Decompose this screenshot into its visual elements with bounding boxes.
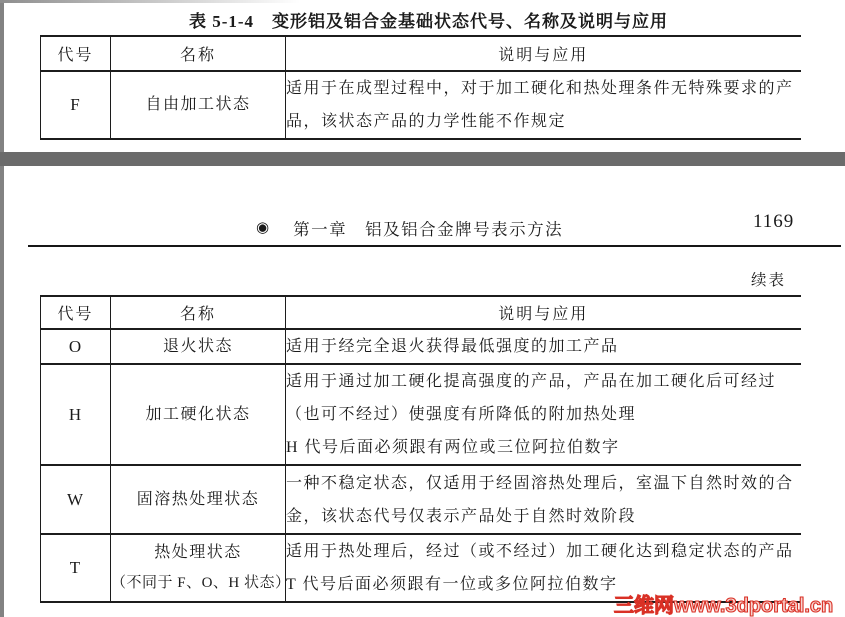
name-cell-F: 自由加工状态 (111, 71, 286, 139)
desc-cell-H: 适用于通过加工硬化提高强度的产品，产品在加工硬化后可经过 （也可不经过）使强度有… (286, 364, 801, 465)
scan-left-edge (0, 0, 4, 617)
column-header-code: 代号 (41, 296, 111, 329)
code-cell-O: O (41, 329, 111, 364)
code-cell-H: H (41, 364, 111, 465)
chapter-title: 第一章 铝及铝合金牌号表示方法 (293, 216, 563, 240)
desc-cell-W: 一种不稳定状态，仅适用于经固溶热处理后，室温下自然时效的合 金，该状态代号仅表示… (286, 465, 801, 534)
desc-line: 适用于热处理后，经过（或不经过）加工硬化达到稳定状态的产品 (286, 535, 801, 568)
name-cell-T: 热处理状态 （不同于 F、O、H 状态） (111, 534, 286, 602)
desc-cell-O: 适用于经完全退火获得最低强度的加工产品 (286, 329, 801, 364)
column-header-description: 说明与应用 (286, 36, 801, 71)
running-header-rule (28, 245, 841, 247)
chapter-bullet-icon: ◉ (256, 221, 269, 236)
desc-line: 适用于在成型过程中，对于加工硬化和热处理条件无特殊要求的产 (286, 72, 801, 105)
code-cell-F: F (41, 71, 111, 139)
table-row-O: O 退火状态 适用于经完全退火获得最低强度的加工产品 (41, 329, 801, 364)
name-line: 自由加工状态 (111, 90, 285, 120)
table-row-H: H 加工硬化状态 适用于通过加工硬化提高强度的产品，产品在加工硬化后可经过 （也… (41, 364, 801, 465)
name-line: 加工硬化状态 (111, 400, 285, 430)
column-header-code: 代号 (41, 36, 111, 71)
desc-line: 一种不稳定状态，仅适用于经固溶热处理后，室温下自然时效的合 (286, 467, 801, 500)
name-cell-W: 固溶热处理状态 (111, 465, 286, 534)
desc-line: H 代号后面必须跟有两位或三位阿拉伯数字 (286, 431, 801, 464)
scan-top-edge (0, 0, 300, 3)
column-header-name: 名称 (111, 296, 286, 329)
table-header-row: 代号 名称 说明与应用 (41, 296, 801, 329)
table-row-F: F 自由加工状态 适用于在成型过程中，对于加工硬化和热处理条件无特殊要求的产 品… (41, 71, 801, 139)
chapter-running-header: ◉ 第一章 铝及铝合金牌号表示方法 (256, 216, 563, 240)
name-line: 热处理状态 (111, 538, 285, 568)
scanned-book-page: 表 5-1-4 变形铝及铝合金基础状态代号、名称及说明与应用 代号 名称 说明与… (0, 0, 845, 617)
column-header-description: 说明与应用 (286, 296, 801, 329)
page-break-divider (0, 152, 845, 166)
desc-cell-F: 适用于在成型过程中，对于加工硬化和热处理条件无特殊要求的产 品，该状态产品的力学… (286, 71, 801, 139)
name-cell-H: 加工硬化状态 (111, 364, 286, 465)
code-cell-W: W (41, 465, 111, 534)
state-codes-table-top: 代号 名称 说明与应用 F 自由加工状态 适用于在成型过程中，对于加工硬化和热处… (40, 35, 801, 140)
page-number: 1169 (753, 211, 794, 233)
desc-line: 适用于通过加工硬化提高强度的产品，产品在加工硬化后可经过 (286, 365, 801, 398)
continued-table-label: 续表 (751, 268, 786, 290)
desc-line: 适用于经完全退火获得最低强度的加工产品 (286, 330, 801, 363)
table-row-W: W 固溶热处理状态 一种不稳定状态，仅适用于经固溶热处理后，室温下自然时效的合 … (41, 465, 801, 534)
name-cell-O: 退火状态 (111, 329, 286, 364)
name-line: （不同于 F、O、H 状态） (111, 568, 285, 598)
name-line: 退火状态 (111, 332, 285, 362)
desc-line: 品，该状态产品的力学性能不作规定 (286, 105, 801, 138)
state-codes-table-continued: 代号 名称 说明与应用 O 退火状态 适用于经完全退火获得最低强度的加工产品 H… (40, 295, 801, 603)
desc-line: （也可不经过）使强度有所降低的附加热处理 (286, 398, 801, 431)
column-header-name: 名称 (111, 36, 286, 71)
code-cell-T: T (41, 534, 111, 602)
table-title: 表 5-1-4 变形铝及铝合金基础状态代号、名称及说明与应用 (0, 7, 845, 32)
name-line: 固溶热处理状态 (111, 485, 285, 515)
desc-line: 金，该状态代号仅表示产品处于自然时效阶段 (286, 500, 801, 533)
site-watermark: 三维网www.3dportal.cn (614, 589, 845, 617)
table-header-row: 代号 名称 说明与应用 (41, 36, 801, 71)
